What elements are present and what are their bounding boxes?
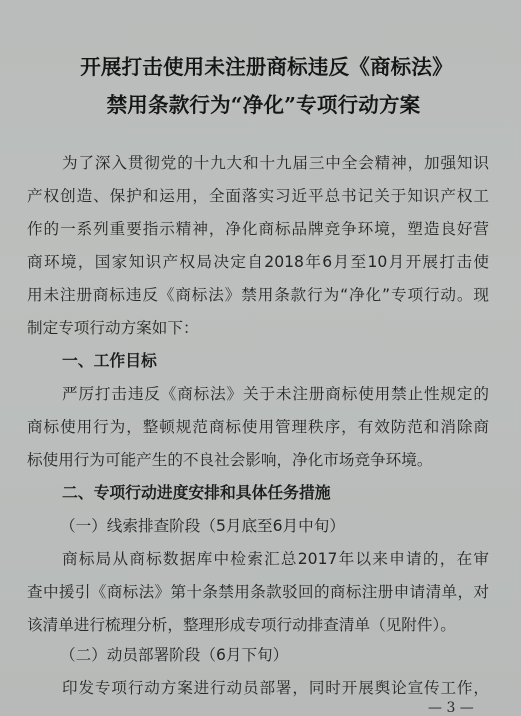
document-title-line-1: 开展打击使用未注册商标违反《商标法》 bbox=[6, 50, 521, 80]
section-1-heading: 一、工作目标 bbox=[62, 351, 157, 371]
stage-1-heading: （一）线索排查阶段（5月底至6月中旬） bbox=[60, 516, 345, 536]
intro-line-1: 为了深入贯彻党的十九大和十九届三中全会精神，加强知识 bbox=[62, 153, 489, 173]
section-1-line-1: 严厉打击违反《商标法》关于未注册商标使用禁止性规定的 bbox=[62, 384, 489, 404]
intro-line-4: 商环境，国家知识产权局决定自2018年6月至10月开展打击使 bbox=[27, 252, 489, 272]
document-title-line-2: 禁用条款行为“净化”专项行动方案 bbox=[3, 88, 521, 118]
stage-1-line-1: 商标局从商标数据库中检索汇总2017年以来申请的，在审 bbox=[62, 549, 489, 569]
intro-line-2: 产权创造、保护和运用，全面落实习近平总书记关于知识产权工 bbox=[27, 186, 489, 206]
page-number: — 3 — bbox=[428, 700, 474, 716]
section-1-line-2: 商标使用行为，整顿规范商标使用管理秩序，有效防范和消除商 bbox=[27, 417, 489, 437]
section-2-heading: 二、专项行动进度安排和具体任务措施 bbox=[62, 483, 331, 503]
section-1-line-3: 标使用行为可能产生的不良社会影响，净化市场竞争环境。 bbox=[27, 450, 489, 470]
stage-2-heading: （二）动员部署阶段（6月下旬） bbox=[60, 645, 288, 665]
stage-1-line-3: 该清单进行梳理分析，整理形成专项行动排查清单（见附件）。 bbox=[27, 615, 489, 635]
intro-line-3: 作的一系列重要指示精神，净化商标品牌竞争环境，塑造良好营 bbox=[27, 219, 489, 239]
stage-2-line-1: 印发专项行动方案进行动员部署，同时开展舆论宣传工作， bbox=[62, 678, 489, 698]
document-page: 开展打击使用未注册商标违反《商标法》 禁用条款行为“净化”专项行动方案 为了深入… bbox=[0, 0, 521, 716]
intro-line-5: 用未注册商标违反《商标法》禁用条款行为“净化”专项行动。现 bbox=[27, 285, 489, 305]
stage-1-line-2: 查中援引《商标法》第十条禁用条款驳回的商标注册申请清单，对 bbox=[27, 582, 489, 602]
intro-line-6: 制定专项行动方案如下： bbox=[27, 318, 489, 338]
